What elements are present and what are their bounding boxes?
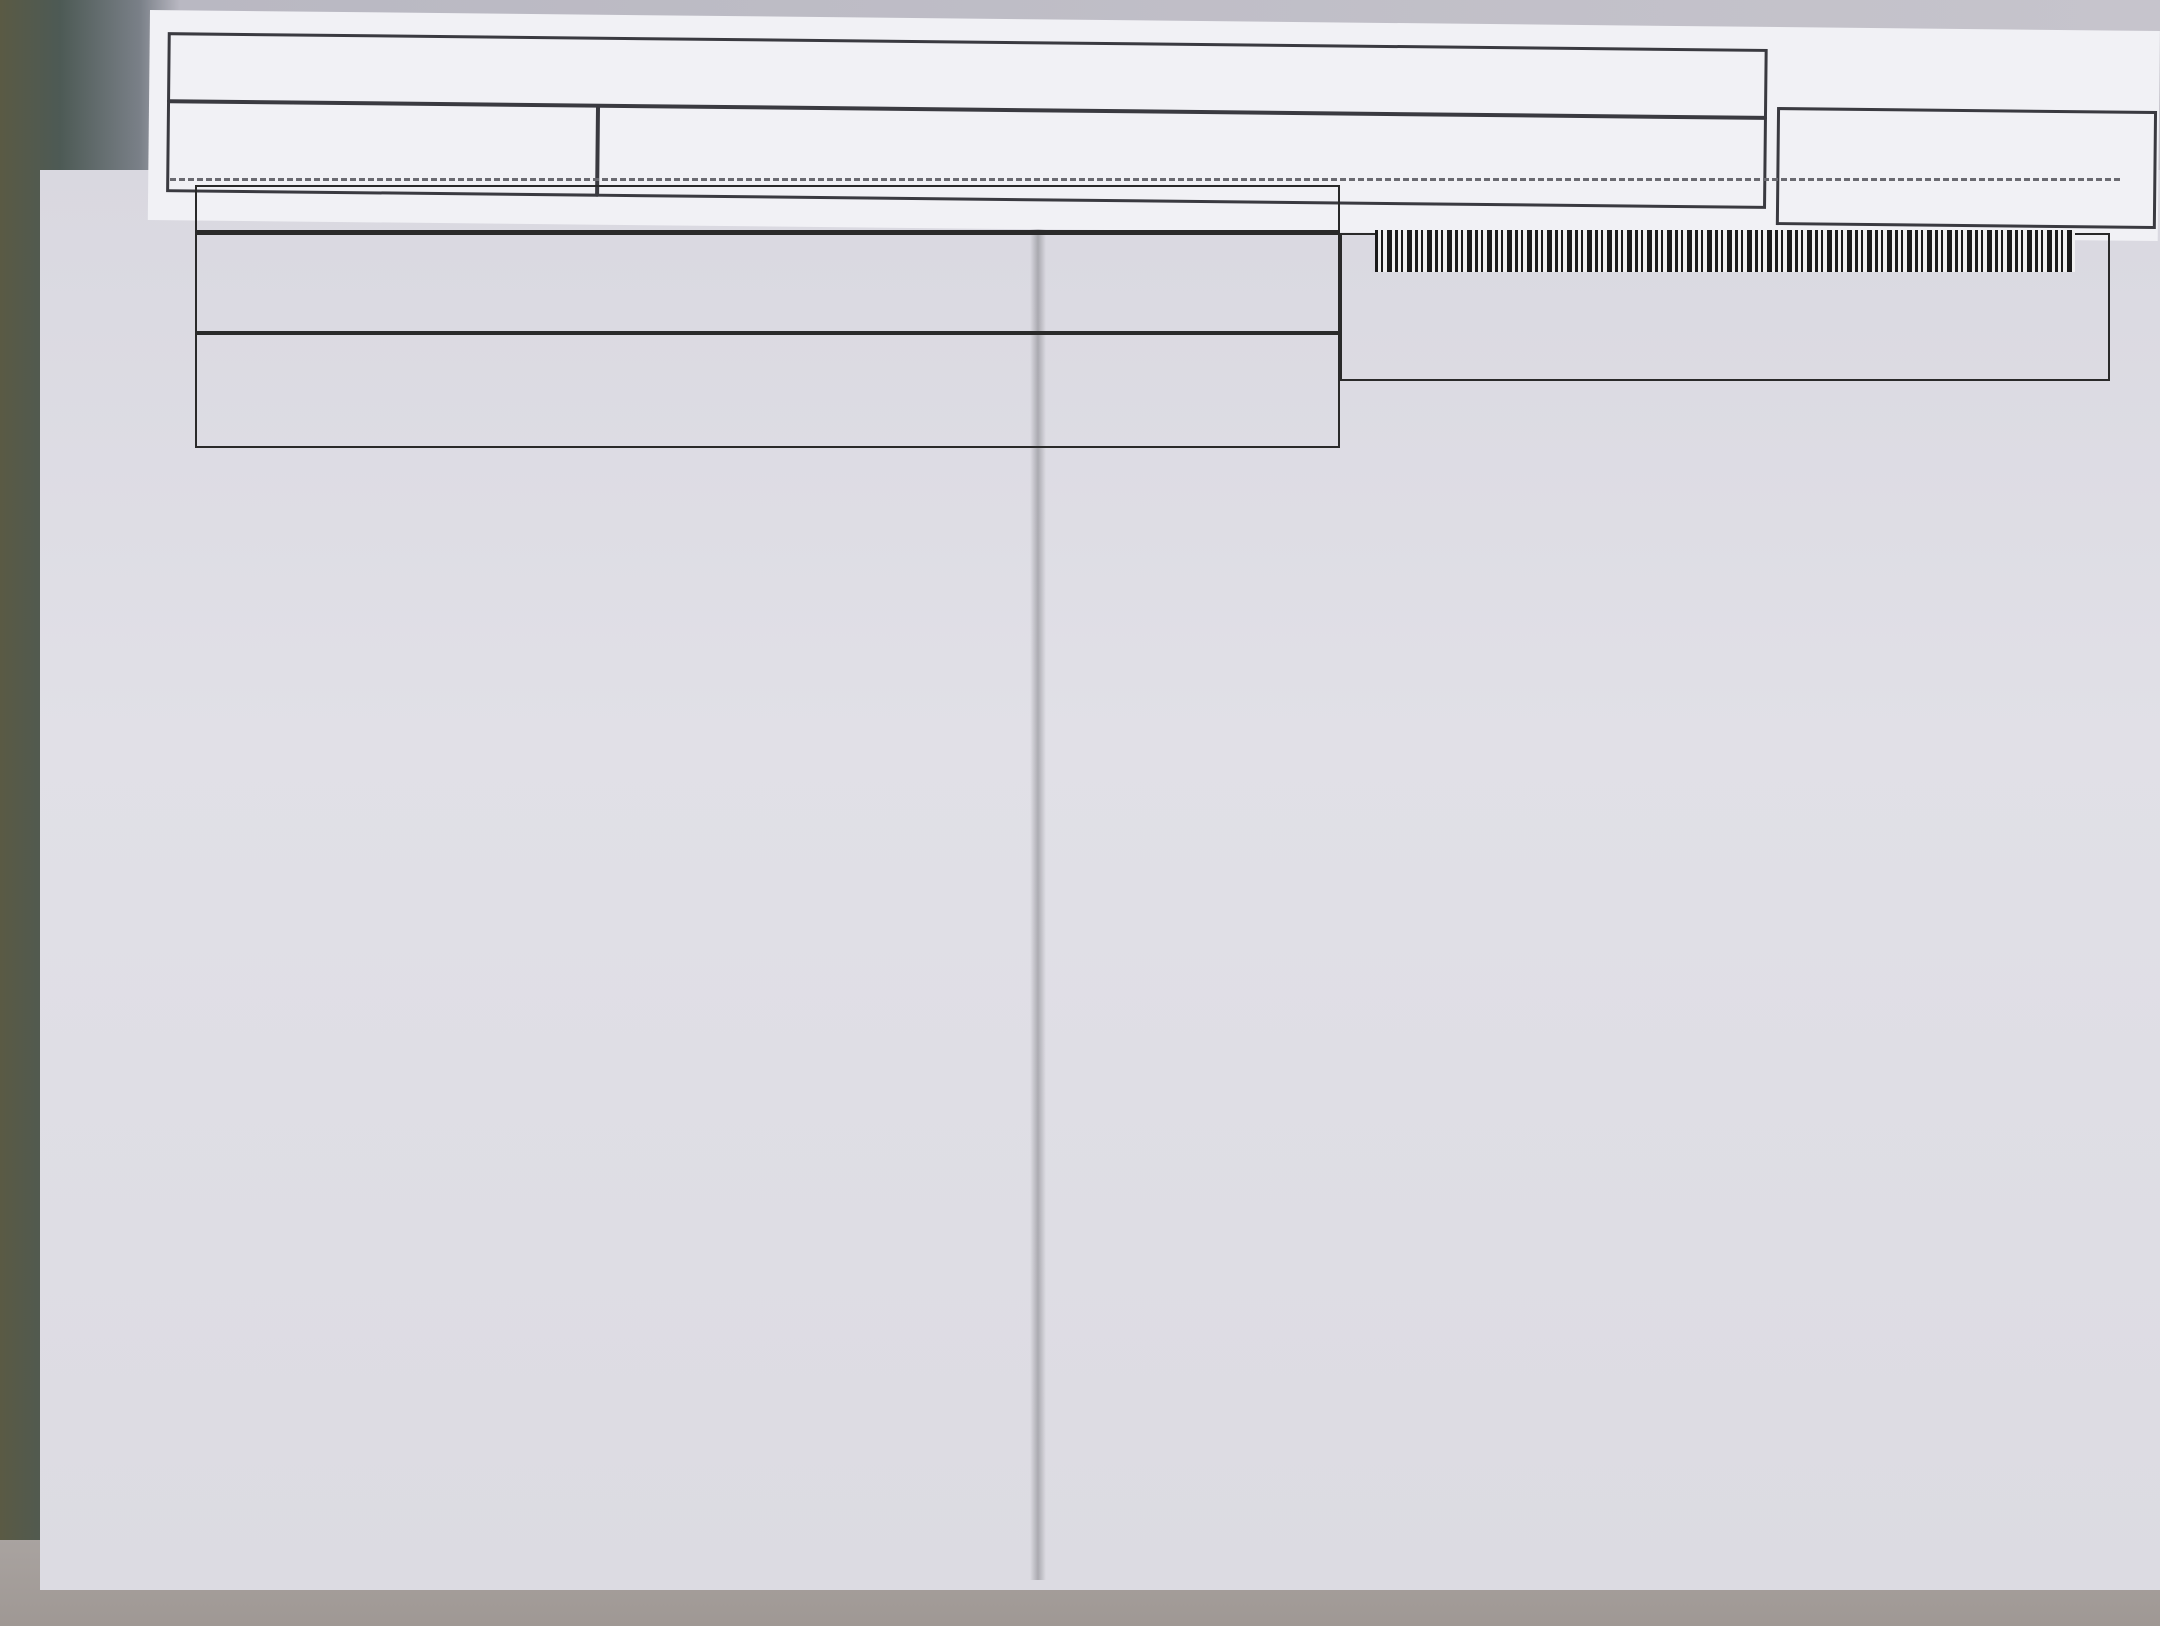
route-section	[195, 233, 1340, 333]
dacte-document	[185, 185, 2115, 1415]
tear-line	[170, 178, 2120, 181]
barcode	[1375, 230, 2075, 272]
header-row	[195, 185, 1340, 233]
stub-date-box	[166, 100, 599, 197]
sender-section	[195, 333, 1340, 448]
